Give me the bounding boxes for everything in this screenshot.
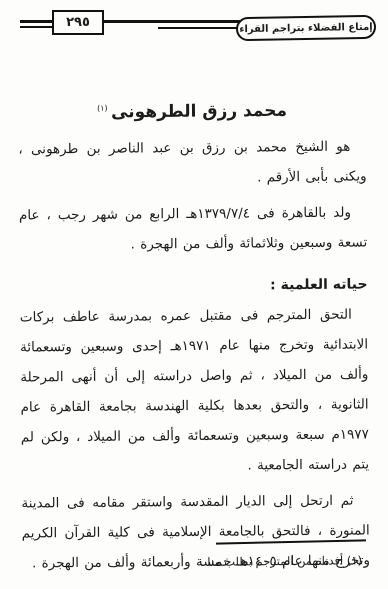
page-number: ٢٩٥ — [66, 15, 90, 30]
running-head-capsule: إمتاع الفضلاء بتراجم القراء — [236, 15, 376, 41]
page-number-box: ٢٩٥ — [52, 10, 104, 35]
scanned-book-page: ٢٩٥ إمتاع الفضلاء بتراجم القراء محمد رزق… — [0, 0, 388, 589]
footnote-reference-marker: (١) — [97, 104, 108, 113]
paragraph-lineage: هو الشيخ محمد بن رزق بن عبد الناصر بن طر… — [18, 131, 367, 194]
section-heading: حياته العلمية : — [19, 269, 367, 302]
article-body: محمد رزق الطرهونى (١) هو الشيخ محمد بن ر… — [18, 91, 370, 578]
header-rule-left-double — [20, 26, 54, 28]
book-title: إمتاع الفضلاء بتراجم القراء — [239, 21, 373, 34]
paragraph-education-egypt: التحق المترجم فى مقتبل عمره بمدرسة عاطف … — [20, 299, 370, 482]
paragraph-birth: ولد بالقاهرة فى ١٣٧٩/٧/٤هـ الرابع من شهر… — [19, 197, 368, 260]
article-title: محمد رزق الطرهونى (١) — [18, 91, 366, 128]
article-title-text: محمد رزق الطرهونى — [111, 101, 287, 123]
header-rule-right-double — [158, 27, 238, 29]
footnote: (١) أفدناه من المترجم بطلب منا . — [20, 547, 362, 577]
